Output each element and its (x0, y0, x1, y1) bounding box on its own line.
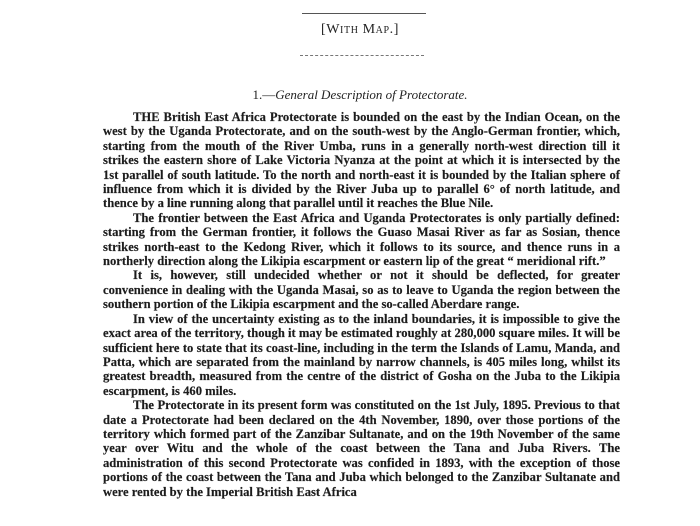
paragraph-boundaries: THE British East Africa Protectorate is … (103, 110, 620, 211)
body-text: THE British East Africa Protectorate is … (103, 110, 620, 499)
section-number: 1.— (252, 87, 275, 102)
paragraph-area: In view of the uncertainty existing as t… (103, 312, 620, 398)
paragraph-constitution: The Protectorate in its present form was… (103, 398, 620, 499)
with-map-annotation: [With Map.] (0, 22, 700, 38)
bottom-rule (300, 55, 424, 56)
top-rule (302, 13, 426, 14)
paragraph-frontier: The frontier between the East Africa and… (103, 211, 620, 269)
section-title: General Description of Protectorate. (275, 87, 467, 102)
paragraph-deflection: It is, however, still undecided whether … (103, 268, 620, 311)
section-heading: 1.—General Description of Protectorate. (0, 87, 700, 103)
